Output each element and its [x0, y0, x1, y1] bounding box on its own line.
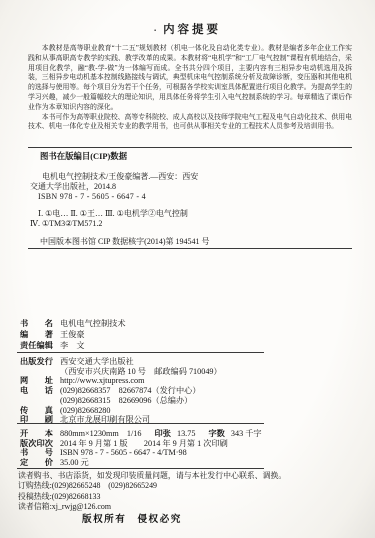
- title-dot-artifact: .: [154, 23, 157, 33]
- value-price: 35.00 元: [60, 458, 350, 468]
- value-website: http://www.xjtupress.com: [60, 376, 350, 386]
- info-row-publisher-address: （西安市兴庆南路 10 号 邮政编码 710049）: [20, 367, 350, 377]
- info-row-editor: 责任编辑 李 文: [20, 340, 350, 351]
- info-row-author: 编著 王俊豪: [20, 329, 350, 340]
- reader-email: 读者信箱:xj_rwjg@126.com: [18, 502, 348, 512]
- cip-title-line: 电机电气控制技术/王俊豪编著.—西安：西安: [42, 172, 352, 182]
- divider-publishing-top: [17, 352, 264, 353]
- cip-publisher-line: 交通大学出版社，2014.8: [30, 182, 352, 192]
- publishing-info-block: 出版发行 西安交通大学出版社 （西安市兴庆南路 10 号 邮政编码 710049…: [20, 357, 350, 425]
- info-row-phone-2: (029)82668315 82669096（总编办）: [20, 396, 350, 406]
- cip-data-block: 图书在版编目(CIP)数据 电机电气控制技术/王俊豪编著.—西安：西安 交通大学…: [30, 152, 352, 247]
- label-publisher: 出版发行: [20, 357, 53, 367]
- label-empty: [20, 367, 53, 377]
- divider-cip-bottom: [28, 248, 352, 249]
- book-info-block: 书名 电机电气控制技术 编著 王俊豪 责任编辑 李 文: [20, 318, 350, 351]
- cip-isbn-line: ISBN 978 - 7 - 5605 - 6647 - 4: [38, 192, 352, 202]
- cip-heading: 图书在版编目(CIP)数据: [40, 152, 352, 162]
- cip-classification-line-2: Ⅳ. ①TM3②TM571.2: [30, 219, 352, 229]
- value-word-count: 343 千字: [231, 429, 262, 438]
- summary-paragraph-1: 本教材是高等职业教育“十二五”规划教材（机电一体化及自动化类专业）。教材是编者多…: [28, 44, 352, 113]
- divider-printing-top: [17, 423, 264, 424]
- reader-service-block: 读者购书、书店添货，如发现印装质量问题，请与本社发行中心联系、调换。 订购热线:…: [18, 471, 348, 513]
- label-sheets: 印张: [155, 429, 171, 438]
- value-fax: (029)82668280: [60, 406, 350, 416]
- content-summary: 本教材是高等职业教育“十二五”规划教材（机电一体化及自动化类专业）。教材是编者多…: [28, 44, 352, 132]
- value-phone-2: (029)82668315 82669096（总编办）: [60, 396, 350, 406]
- info-row-isbn: 书号 ISBN 978 - 7 - 5605 - 6647 - 4/TM·98: [20, 448, 350, 458]
- label-fax: 传真: [20, 406, 53, 416]
- label-isbn: 书号: [20, 448, 53, 458]
- info-row-website: 网址 http://www.xjtupress.com: [20, 376, 350, 386]
- summary-title-row: . 内容提要: [0, 21, 375, 37]
- info-row-price: 定价 35.00 元: [20, 458, 350, 468]
- label-phone: 电话: [20, 386, 53, 396]
- value-format: 880mm×1230mm 1/16 印张 13.75 字数 343 千字: [60, 429, 350, 439]
- info-row-fax: 传真 (029)82668280: [20, 406, 350, 416]
- label-format: 开本: [20, 429, 53, 439]
- label-website: 网址: [20, 376, 53, 386]
- copyright-statement: 版权所有 侵权必究: [82, 511, 182, 525]
- summary-title: 内容提要: [163, 24, 221, 36]
- printing-info-block: 开本 880mm×1230mm 1/16 印张 13.75 字数 343 千字 …: [20, 429, 350, 468]
- value-format-size: 880mm×1230mm 1/16: [60, 429, 142, 438]
- cip-record-number: 中国版本图书馆 CIP 数据核字(2014)第 194541 号: [40, 237, 352, 247]
- cip-classification-line-1: Ⅰ. ①电… Ⅱ. ①王… Ⅲ. ①电机学②电气控制: [38, 209, 352, 219]
- value-phone-1: (029)82668357 82667874（发行中心）: [60, 386, 350, 396]
- value-author: 王俊豪: [60, 329, 350, 340]
- label-book-title: 书名: [20, 318, 53, 329]
- divider-footer-top: [17, 468, 264, 469]
- divider-cip-top: [28, 147, 352, 148]
- value-isbn: ISBN 978 - 7 - 5605 - 6647 - 4/TM·98: [60, 448, 350, 458]
- quality-notice: 读者购书、书店添货，如发现印装质量问题，请与本社发行中心联系、调换。: [18, 471, 348, 481]
- value-publisher: 西安交通大学出版社: [60, 357, 350, 367]
- value-publisher-address: （西安市兴庆南路 10 号 邮政编码 710049）: [60, 367, 350, 377]
- info-row-format: 开本 880mm×1230mm 1/16 印张 13.75 字数 343 千字: [20, 429, 350, 439]
- value-edition: 2014 年 9 月第 1 版 2014 年 9 月第 1 次印刷: [60, 439, 350, 449]
- label-word-count: 字数: [208, 429, 224, 438]
- order-hotline: 订购热线:(029)82665248 (029)82665249: [18, 481, 348, 491]
- label-author: 编著: [20, 329, 53, 340]
- book-copyright-page: . 内容提要 本教材是高等职业教育“十二五”规划教材（机电一体化及自动化类专业）…: [0, 0, 375, 538]
- info-row-publisher: 出版发行 西安交通大学出版社: [20, 357, 350, 367]
- label-editor: 责任编辑: [20, 340, 53, 351]
- summary-paragraph-2: 本书可作为高等职业院校、高等专科院校、成人高校以及技师学院电气工程及电气自动化技…: [28, 113, 352, 133]
- info-row-phone-1: 电话 (029)82668357 82667874（发行中心）: [20, 386, 350, 396]
- label-price: 定价: [20, 458, 53, 468]
- label-empty: [20, 396, 53, 406]
- value-book-title: 电机电气控制技术: [60, 318, 350, 329]
- label-edition: 版次印次: [20, 439, 53, 449]
- info-row-book-title: 书名 电机电气控制技术: [20, 318, 350, 329]
- value-sheets: 13.75: [177, 429, 195, 438]
- info-row-edition: 版次印次 2014 年 9 月第 1 版 2014 年 9 月第 1 次印刷: [20, 439, 350, 449]
- submission-hotline: 投稿热线:(029)82668133: [18, 492, 348, 502]
- value-editor: 李 文: [60, 340, 350, 351]
